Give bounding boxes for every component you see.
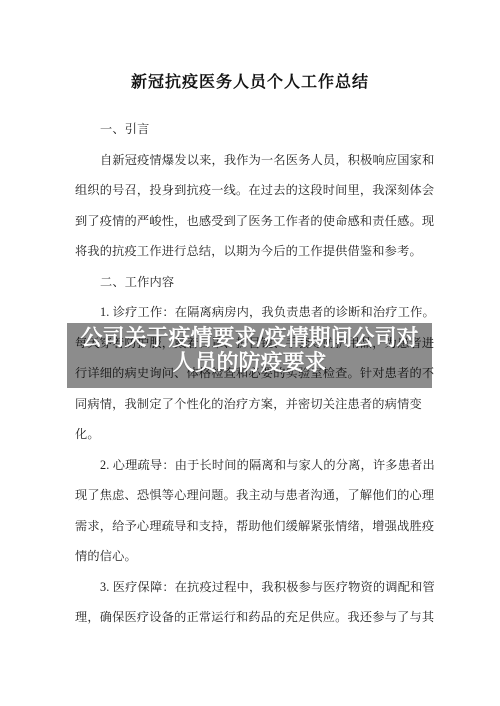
document-line: 到了疫情的严峻性，也感受到了医务工作者的使命感和责任感。现	[75, 206, 427, 237]
document-line: 同病情，我制定了个性化的治疗方案，并密切关注患者的病情变	[75, 389, 427, 420]
document-line: 2. 心理疏导：由于长时间的隔离和与家人的分离，许多患者出	[75, 450, 427, 481]
document-line: 化。	[75, 419, 427, 450]
watermark-banner: 公司关于疫情要求/疫情期间公司对 人员的防疫要求	[67, 323, 432, 388]
document-title: 新冠抗疫医务人员个人工作总结	[0, 69, 500, 92]
document-line: 自新冠疫情爆发以来，我作为一名医务人员，积极响应国家和	[75, 145, 427, 176]
document-line: 一、引言	[75, 114, 427, 145]
document-line: 二、工作内容	[75, 267, 427, 298]
document-line: 组织的号召，投身到抗疫一线。在过去的这段时间里，我深刻体会	[75, 175, 427, 206]
document-line: 现了焦虑、恐惧等心理问题。我主动与患者沟通，了解他们的心理	[75, 480, 427, 511]
document-line: 需求，给予心理疏导和支持，帮助他们缓解紧张情绪，增强战胜疫	[75, 511, 427, 542]
document-line: 情的信心。	[75, 541, 427, 572]
document-page: 新冠抗疫医务人员个人工作总结 一、引言自新冠疫情爆发以来，我作为一名医务人员，积…	[0, 0, 500, 706]
document-line: 3. 医疗保障：在抗疫过程中，我积极参与医疗物资的调配和管	[75, 572, 427, 603]
watermark-banner-line-2: 人员的防疫要求	[67, 351, 432, 376]
watermark-banner-line-1: 公司关于疫情要求/疫情期间公司对	[67, 326, 432, 351]
document-line: 将我的抗疫工作进行总结，以期为今后的工作提供借鉴和参考。	[75, 236, 427, 267]
document-line: 理，确保医疗设备的正常运行和药品的充足供应。我还参与了与其	[75, 602, 427, 633]
